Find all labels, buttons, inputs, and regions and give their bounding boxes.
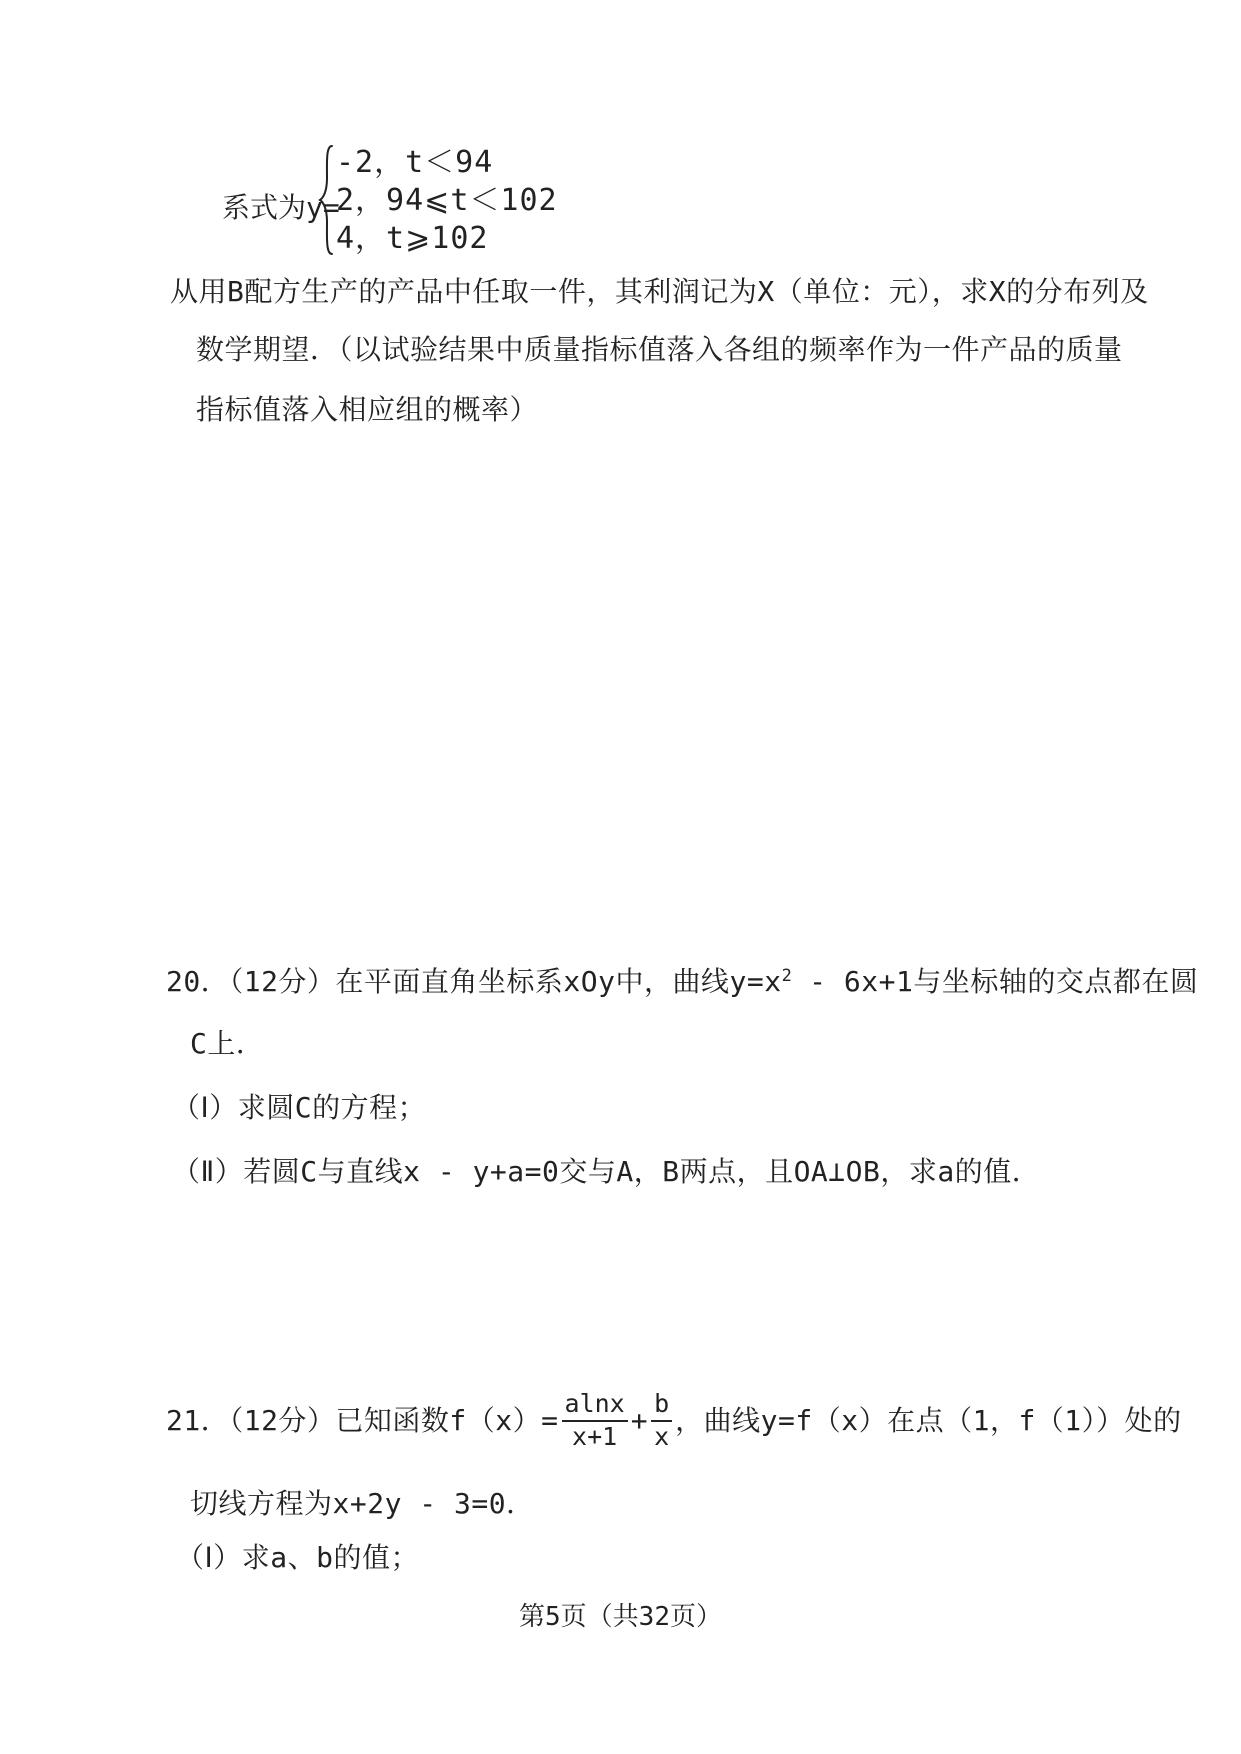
piecewise-case-3: 4，t⩾102 [336, 220, 558, 258]
q21-fraction-1-denominator: x+1 [572, 1422, 617, 1452]
q19-line-3: 指标值落入相应组的概率） [196, 392, 538, 428]
q20-line-2: C上． [190, 1026, 264, 1062]
q20-line-1-text: 20．（12分）在平面直角坐标系xOy中，曲线y=x [166, 965, 782, 998]
q21-part-1: （Ⅰ）求a、b的值； [176, 1540, 419, 1576]
piecewise-case-1: -2，t＜94 [336, 144, 558, 182]
q21-line-1-text: 21．（12分）已知函数f（x）= [166, 1403, 559, 1439]
q21-fraction-1: alnx x+1 [562, 1390, 628, 1452]
piecewise-case-2: 2，94⩽t＜102 [336, 182, 558, 220]
q21-fraction-2-denominator: x [654, 1422, 669, 1452]
q19-line-2: 数学期望．（以试验结果中质量指标值落入各组的频率作为一件产品的质量 [196, 332, 1123, 368]
q20-exponent: 2 [782, 966, 792, 986]
q21-fraction-1-numerator: alnx [562, 1390, 628, 1422]
piecewise-cases: -2，t＜94 2，94⩽t＜102 4，t⩾102 [336, 144, 558, 258]
q21-line-1: 21．（12分）已知函数f（x）= alnx x+1 + b x ，曲线y=f（… [166, 1390, 1182, 1452]
q21-line-2: 切线方程为x+2y - 3=0． [190, 1486, 535, 1522]
q19-line-1: 从用B配方生产的产品中任取一件，其利润记为X（单位：元），求X的分布列及 [170, 274, 1149, 310]
q20-line-1-tail: - 6x+1与坐标轴的交点都在圆 [792, 965, 1199, 998]
q21-plus-sign: + [631, 1403, 648, 1439]
q20-line-1: 20．（12分）在平面直角坐标系xOy中，曲线y=x2 - 6x+1与坐标轴的交… [166, 964, 1198, 1004]
q20-part-2: （Ⅱ）若圆C与直线x - y+a=0交与A，B两点，且OA⊥OB，求a的值． [172, 1154, 1040, 1190]
q21-line-1-tail: ，曲线y=f（x）在点（1，f（1））处的 [675, 1403, 1182, 1439]
q21-fraction-2-numerator: b [651, 1390, 672, 1422]
exam-page: 系式为y= -2，t＜94 2，94⩽t＜102 4，t⩾102 从用B配方生产… [0, 0, 1241, 1754]
left-brace-glyph [318, 144, 334, 256]
page-number-footer: 第5页（共32页） [0, 1596, 1241, 1633]
q21-fraction-2: b x [651, 1390, 672, 1452]
q20-part-1: （Ⅰ）求圆C的方程； [172, 1090, 426, 1126]
